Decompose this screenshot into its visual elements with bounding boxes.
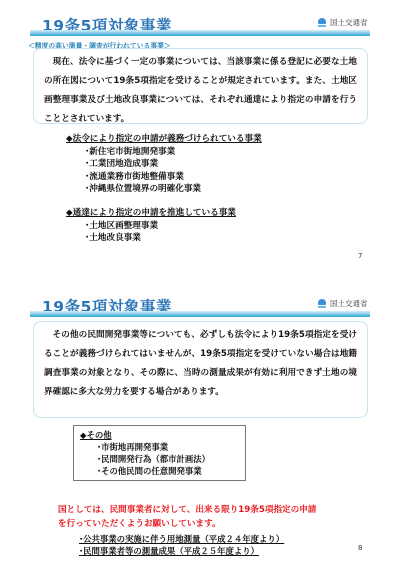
- list-item: ･土地区画整理事業: [66, 220, 236, 233]
- description-paragraph: 現在、法令に基づく一定の事業については、当該事業に係る登記に必要な土地の所在図に…: [44, 53, 357, 129]
- description-box: その他の民間開発事業等についても、必ずしも法令により19条5項指定を受けることが…: [33, 321, 368, 418]
- note-line: を行っていただくようお願いしています。: [58, 517, 316, 531]
- title-underline-bar: [30, 30, 370, 36]
- mlit-logo-icon: [318, 18, 326, 27]
- list-item: ･流通業務市街地整備事業: [66, 171, 262, 184]
- page-number: 8: [358, 544, 362, 552]
- list-item: ･土地改良事業: [66, 232, 236, 245]
- list-heading: ◆その他: [80, 429, 239, 441]
- mandatory-projects-list: ◆法令により指定の申請が義務づけられている事業 ･新住宅市街地開発事業 ･工業団…: [66, 133, 262, 196]
- list-item: ･新住宅市街地開発事業: [66, 146, 262, 159]
- ministry-name: 国土交通省: [330, 298, 368, 309]
- other-projects-box: ◆その他 ･市街地再開発事業 ･民間開発行為（都市計画法） ･その他民間の任意開…: [73, 425, 246, 481]
- list-item: ･民間開発行為（都市計画法）: [80, 453, 239, 465]
- list-item: ･公共事業の実施に伴う用地測量（平成２４年度より）: [79, 533, 284, 545]
- list-item: ･工業団地造成事業: [66, 158, 262, 171]
- slide-7: 19条5項対象事業 国土交通省 ＜精度の高い測量・調査が行われている事業＞ 現在…: [0, 0, 400, 282]
- page-number: 7: [358, 252, 362, 260]
- list-item: ･民間事業者等の測量成果（平成２５年度より）: [79, 545, 284, 557]
- list-item: ･その他民間の任意開発事業: [80, 465, 239, 477]
- list-heading: ◆通達により指定の申請を推進している事業: [66, 207, 236, 220]
- ministry-header: 国土交通省: [318, 298, 368, 309]
- mlit-logo-icon: [318, 299, 326, 308]
- list-item: ･沖縄県位置境界の明確化事業: [66, 183, 262, 196]
- slide-8: 19条5項対象事業 国土交通省 その他の民間開発事業等についても、必ずしも法令に…: [0, 282, 400, 565]
- government-request-note: 国としては、民間事業者に対して、出来る限り19条5項指定の申請 を行っていただく…: [58, 503, 316, 531]
- title-underline-bar: [30, 311, 370, 317]
- promoted-projects-list: ◆通達により指定の申請を推進している事業 ･土地区画整理事業 ･土地改良事業: [66, 207, 236, 245]
- list-item: ･市街地再開発事業: [80, 441, 239, 453]
- description-paragraph: その他の民間開発事業等についても、必ずしも法令により19条5項指定を受けることが…: [44, 326, 357, 402]
- ministry-header: 国土交通省: [318, 17, 368, 28]
- ministry-name: 国土交通省: [330, 17, 368, 28]
- note-line: 国としては、民間事業者に対して、出来る限り19条5項指定の申請: [58, 503, 316, 517]
- description-box: 現在、法令に基づく一定の事業については、当該事業に係る登記に必要な土地の所在図に…: [33, 48, 368, 124]
- list-heading: ◆法令により指定の申請が義務づけられている事業: [66, 133, 262, 146]
- survey-results-list: ･公共事業の実施に伴う用地測量（平成２４年度より） ･民間事業者等の測量成果（平…: [79, 533, 284, 557]
